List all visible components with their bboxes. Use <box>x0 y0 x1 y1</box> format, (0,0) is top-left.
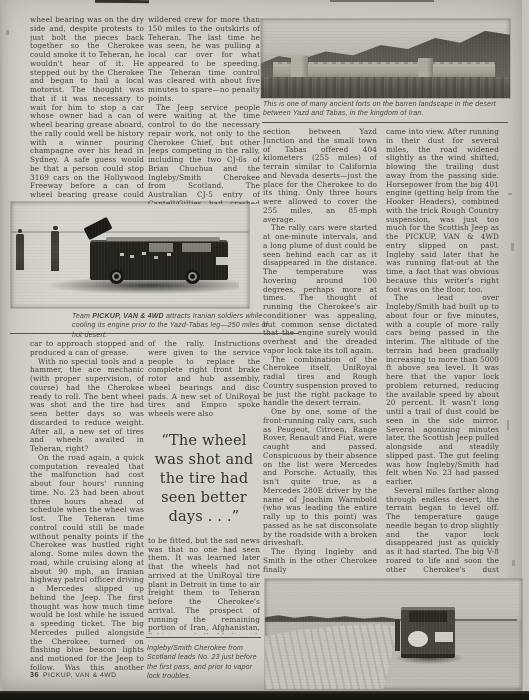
margin-smudge <box>512 560 515 566</box>
body-column-2-bottom: of the rally. Instructions were given to… <box>148 340 260 634</box>
paragraph: of the rally. Instructions were given to… <box>148 340 260 419</box>
caption-text: Team <box>72 313 92 320</box>
margin-smudge <box>507 420 509 430</box>
standing-figure <box>395 619 400 651</box>
rear-window <box>409 611 448 622</box>
jeep-window <box>149 243 173 251</box>
column-rule <box>10 333 299 334</box>
page-footer: 36PICKUP, VAN & 4WD <box>30 670 117 679</box>
distant-ridge <box>265 615 399 622</box>
body-column-3: section between Yazd Junction and the sm… <box>263 128 377 576</box>
column-2-pre-quote: of the rally. Instructions were given to… <box>148 340 260 419</box>
scrub-texture <box>261 77 510 98</box>
margin-smudge <box>508 193 512 195</box>
body-column-2-top: wildered crew for more than 150 miles to… <box>148 16 260 204</box>
paragraph: wheel bearing was on the dry side and, d… <box>30 16 144 200</box>
paragraph: With no special tools and a hammer, the … <box>30 358 144 454</box>
body-column-1-top: wheel bearing was on the dry side and, d… <box>30 16 144 200</box>
rally-stickers <box>120 253 124 256</box>
paper-sheet: wheel bearing was on the dry side and, d… <box>2 0 522 691</box>
caption-rule <box>146 637 261 638</box>
paragraph: Several miles farther along through endl… <box>386 487 499 572</box>
paragraph: The lead over Ingleby/Smith had built up… <box>386 294 499 487</box>
paragraph: section between Yazd Junction and the sm… <box>263 128 377 224</box>
license-plate <box>216 257 228 264</box>
jeep-roof <box>106 237 220 241</box>
soldier-figure <box>51 231 59 271</box>
road-ruts <box>265 579 522 689</box>
paragraph: The combination of the Cherokee itself, … <box>263 356 377 409</box>
fort-tower <box>291 56 308 79</box>
column-2-post-quote: to be fitted, but the sad news was that … <box>148 537 260 634</box>
caption-road-photo: Ingleby/Smith Cherokee from Scotland lea… <box>147 644 266 682</box>
paragraph: The rally cars were started at one-minut… <box>263 224 377 355</box>
paragraph: On the road again, a quick computation r… <box>30 454 144 670</box>
jeep-window <box>182 243 211 251</box>
body-column-1-bottom: car to approach stopped and produced a c… <box>30 340 144 670</box>
scanned-magazine-page: wheel bearing was on the dry side and, d… <box>0 0 529 700</box>
paragraph: The Jeep service people were waiting at … <box>148 104 260 205</box>
paragraph: car to approach stopped and produced a c… <box>30 340 144 358</box>
column-rule <box>262 122 508 123</box>
photo-jeep-with-soldiers <box>11 202 249 308</box>
jeep-wheel <box>185 269 200 284</box>
paragraph: The flying Ingleby and Smith in the othe… <box>263 548 377 574</box>
photo-cherokee-on-desert-road <box>265 579 522 689</box>
photo-ancient-fort <box>261 19 510 98</box>
magazine-title: PICKUP, VAN & 4WD <box>43 672 117 679</box>
magazine-brand: PICKUP, VAN & 4WD <box>92 313 164 320</box>
margin-smudge <box>6 30 9 35</box>
caption-jeep-photo: Team PICKUP, VAN & 4WD attracts Iranian … <box>72 312 272 340</box>
body-column-4: came into view. After running in their d… <box>386 128 499 572</box>
page-number: 36 <box>30 670 39 679</box>
soldier-figure <box>16 234 24 270</box>
paragraph: One by one, some of the front-running ra… <box>263 408 377 548</box>
caption-fort-photo: This is one of many ancient forts on the… <box>263 100 501 119</box>
scan-bottom-edge <box>0 691 529 700</box>
pull-quote: “The wheel was shot and the tire had see… <box>150 432 258 527</box>
scan-artifact <box>95 0 149 3</box>
paragraph: to be fitted, but the sad news was that … <box>148 537 260 634</box>
paragraph: came into view. After running in their d… <box>386 128 499 294</box>
paragraph: wildered crew for more than 150 miles to… <box>148 16 260 104</box>
scan-artifact <box>330 0 434 2</box>
horizon-line <box>11 231 249 233</box>
jeep-wheel <box>109 269 124 284</box>
white-panel <box>435 632 453 642</box>
margin-smudge <box>511 243 514 251</box>
